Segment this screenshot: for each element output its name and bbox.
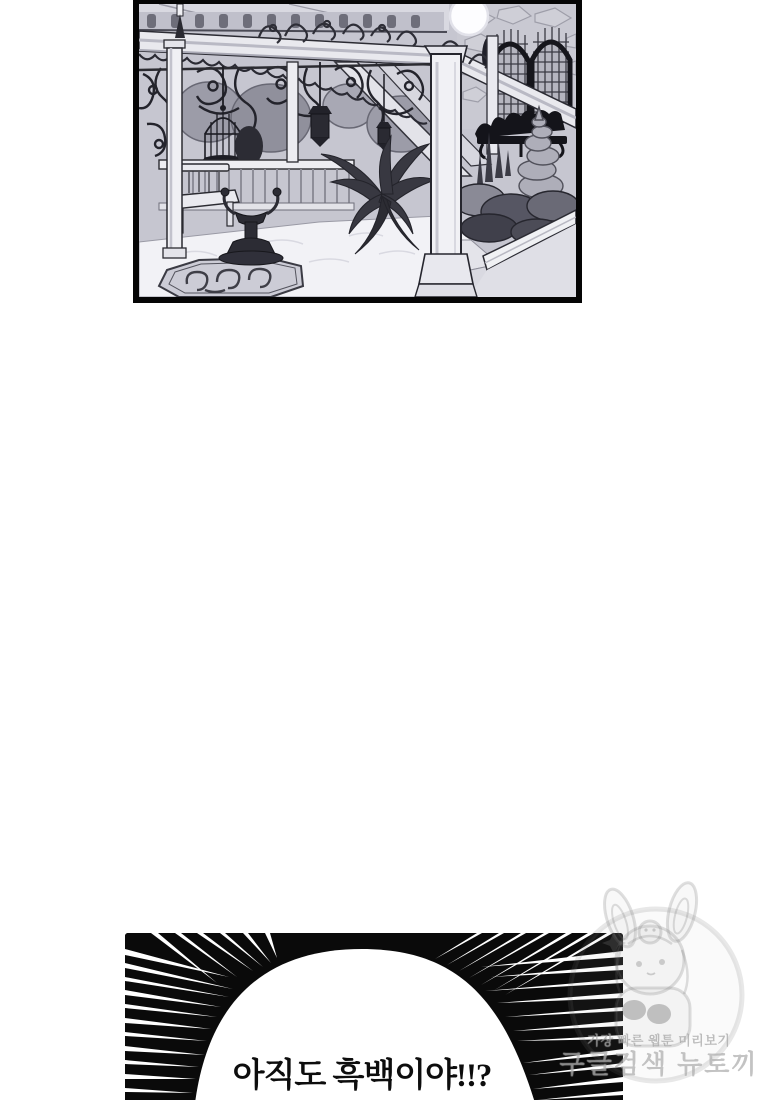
webtoon-page: 아직도 흑백이야!!? xyxy=(0,0,760,1100)
panel-speech-burst: 아직도 흑백이야!!? xyxy=(125,933,623,1100)
garden-artwork xyxy=(139,4,576,297)
dialogue-text: 아직도 흑백이야!!? xyxy=(145,1049,579,1096)
panel-garden-illustration xyxy=(133,0,582,303)
column-left xyxy=(163,40,186,258)
